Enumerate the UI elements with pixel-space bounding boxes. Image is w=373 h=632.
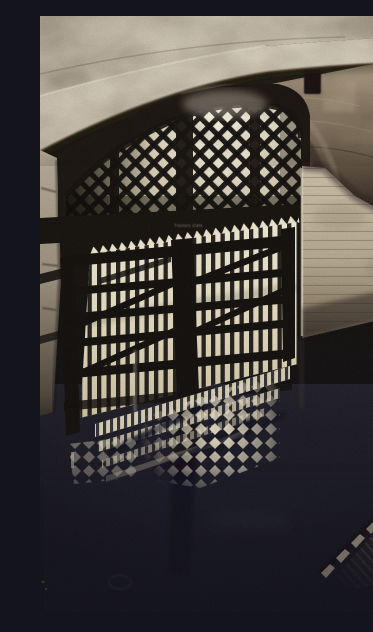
vignette <box>40 16 373 616</box>
photograph: Traitors Gate <box>40 16 373 616</box>
